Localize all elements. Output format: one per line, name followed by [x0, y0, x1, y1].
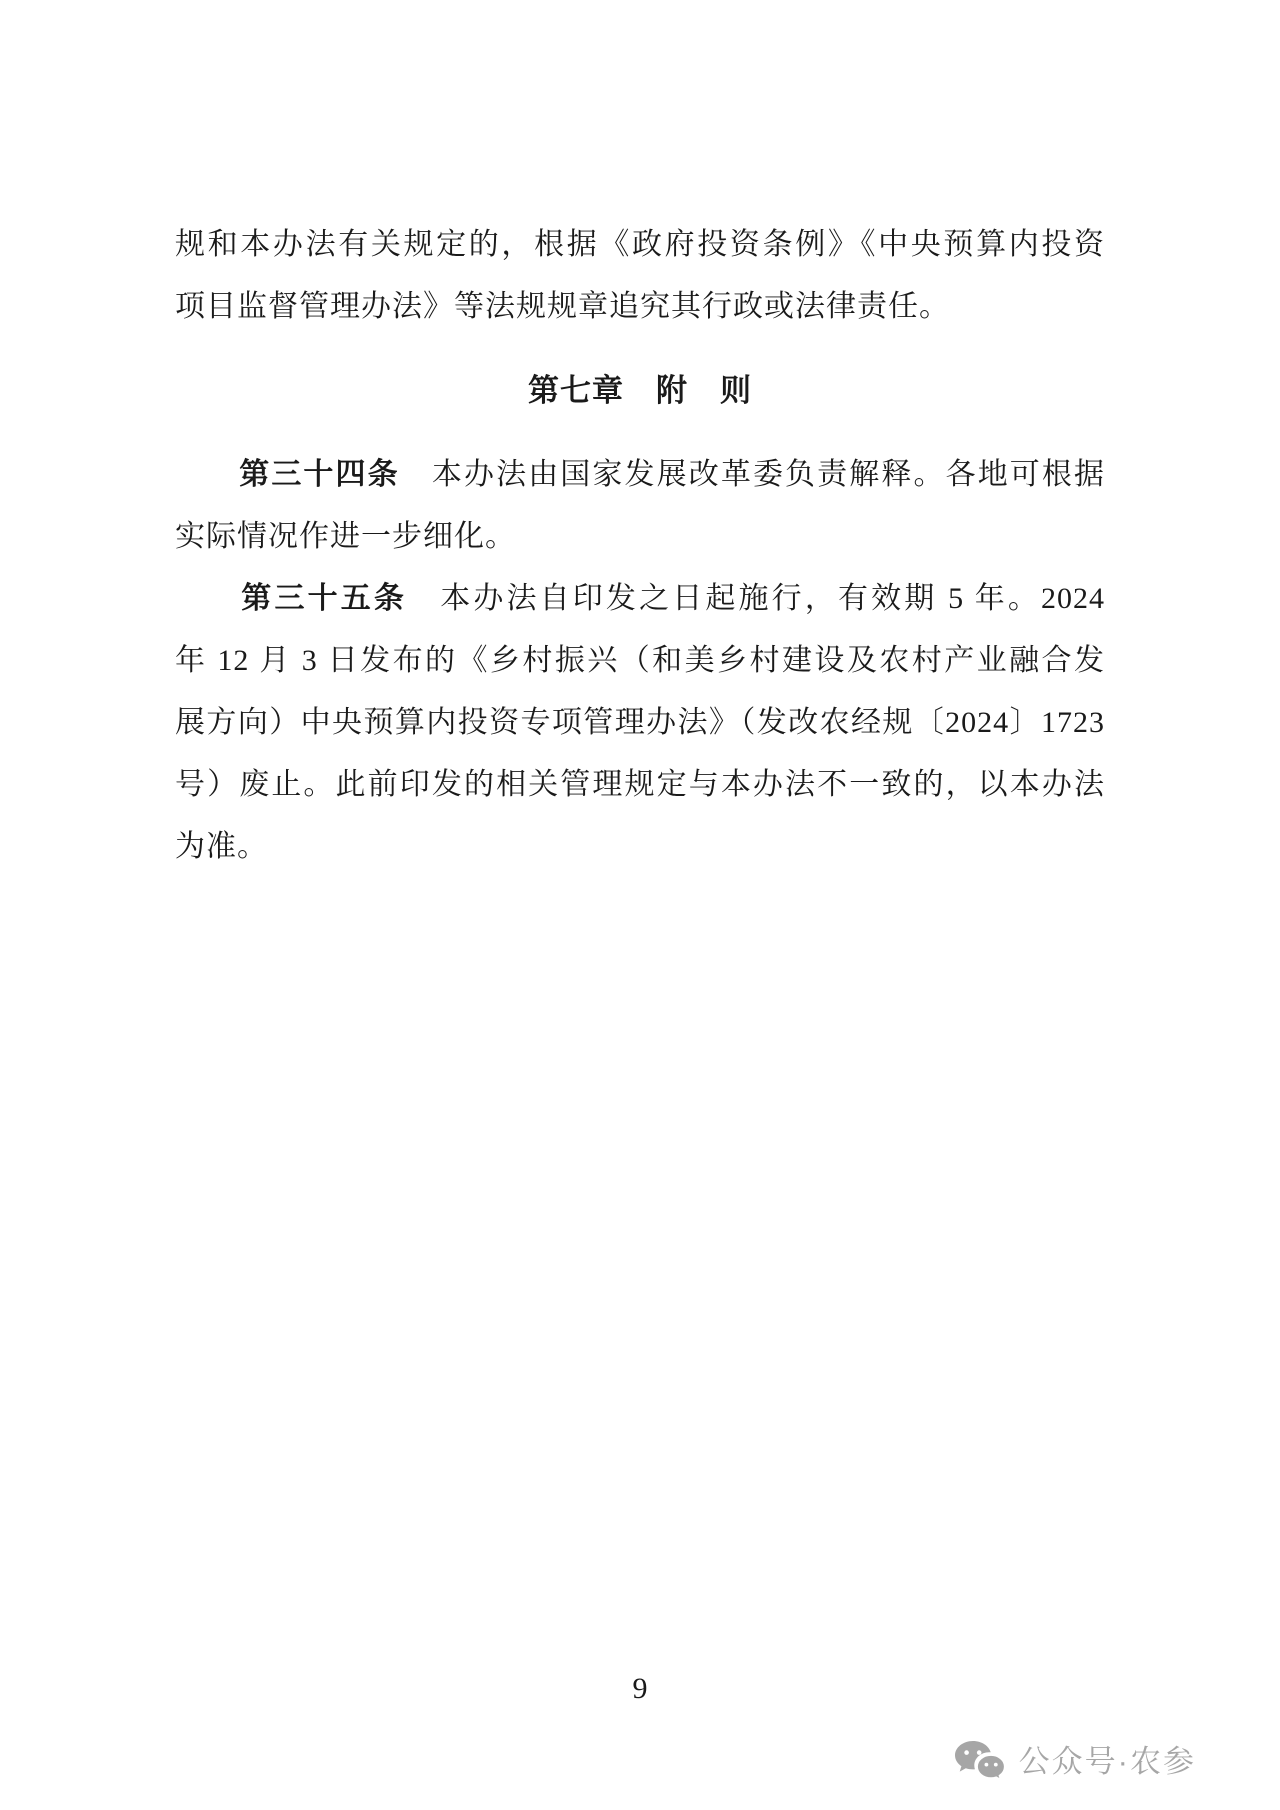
article-35-line: 年 12 月 3 日发布的《乡村振兴（和美乡村建设及农村产业融合发 [175, 630, 1105, 692]
article-34-term: 第三十四条 [239, 458, 400, 491]
article-34-line: 第三十四条 本办法由国家发展改革委负责解释。各地可根据 [175, 444, 1105, 506]
article-35-line: 为准。 [175, 816, 1105, 878]
chapter-heading: 第七章 附 则 [175, 360, 1105, 422]
article-34-line: 实际情况作进一步细化。 [175, 506, 1105, 568]
watermark: 公众号·农参 [953, 1738, 1196, 1786]
article-35-line: 号）废止。此前印发的相关管理规定与本办法不一致的，以本办法 [175, 754, 1105, 816]
article-35-line: 第三十五条 本办法自印发之日起施行，有效期 5 年。2024 [175, 568, 1105, 630]
document-page: 规和本办法有关规定的，根据《政府投资条例》《中央预算内投资 项目监督管理办法》等… [0, 0, 1280, 1810]
paragraph-continuation-line: 规和本办法有关规定的，根据《政府投资条例》《中央预算内投资 [175, 214, 1105, 276]
article-35-line: 展方向）中央预算内投资专项管理办法》（发改农经规〔2024〕1723 [175, 692, 1105, 754]
watermark-label: 公众号·农参 [1019, 1738, 1196, 1786]
document-body: 规和本办法有关规定的，根据《政府投资条例》《中央预算内投资 项目监督管理办法》等… [175, 0, 1105, 878]
paragraph-indent [175, 458, 239, 491]
article-34-text: 本办法由国家发展改革委负责解释。各地可根据 [400, 458, 1105, 491]
paragraph-indent [175, 582, 241, 615]
article-35-text: 本办法自印发之日起施行，有效期 5 年。2024 [407, 582, 1105, 615]
wechat-icon [953, 1739, 1007, 1785]
article-35-term: 第三十五条 [241, 582, 407, 615]
page-number: 9 [175, 1666, 1105, 1712]
paragraph-continuation-line: 项目监督管理办法》等法规规章追究其行政或法律责任。 [175, 276, 1105, 338]
